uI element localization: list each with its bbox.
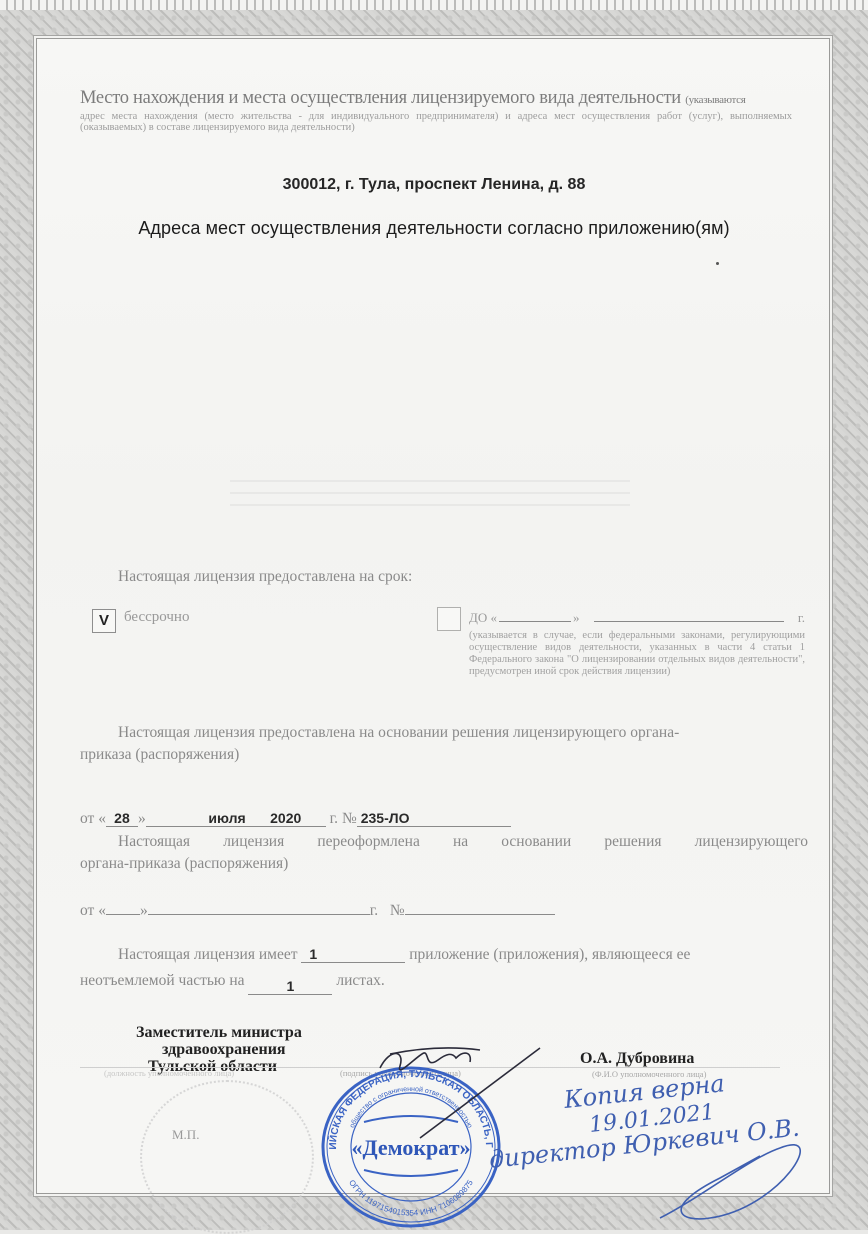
reissue-text-line2: органа-приказа (распоряжения) [80,855,288,873]
reissue-order-row: от «»г. № [80,902,555,920]
indefinite-checkbox[interactable]: V [92,609,116,633]
section-heading: Место нахождения и места осуществления л… [80,88,745,109]
certification-signature [660,1145,800,1219]
basis-from-label: от « [80,810,106,827]
certification-text: Копия верна 19.01.2021 директор Юркевич … [488,1069,801,1174]
reissue-year-suffix: г. [370,902,378,919]
basis-quote: » [138,810,146,827]
annex-line1: Настоящая лицензия имеет 1 приложение (п… [118,946,690,964]
basis-number: 235-ЛО [357,810,511,827]
until-date-checkbox[interactable] [437,607,461,631]
activity-places: Адреса мест осуществления деятельности с… [0,218,868,239]
position-line1: Заместитель министра [136,1024,336,1041]
until-note: (указывается в случае, если федеральными… [469,630,805,678]
caption-position: (должность уполномоченного лица) [104,1068,234,1078]
annex-sheets-suffix: листах. [336,972,384,989]
seal-place-label: М.П. [172,1127,199,1143]
basis-number-sign: № [342,810,357,827]
until-mid: » [573,610,580,625]
annex-line2: неотъемлемой частью на 1 листах. [80,972,385,990]
bleed-through-text [230,470,630,510]
heading-title: Место нахождения и места осуществления л… [80,88,681,108]
until-month-field[interactable] [594,621,784,622]
until-date-line: ДО «» г. [469,610,805,626]
reissue-date-field[interactable] [148,914,370,915]
indefinite-label: бессрочно [124,609,189,626]
reissue-number-field[interactable] [405,914,555,915]
until-prefix: ДО « [469,610,497,625]
document-page: Место нахождения и места осуществления л… [0,0,868,1230]
speck [716,262,719,265]
reissue-quote: » [140,902,148,919]
position-line2: здравоохранения [136,1041,336,1058]
until-suffix: г. [798,610,805,626]
handwritten-certification: Копия верна 19.01.2021 директор Юркевич … [360,1028,860,1228]
reissue-from-label: от « [80,902,106,919]
annex-count: 1 [301,946,405,963]
annex-text-after: приложение (приложения), являющееся ее [409,946,690,963]
basis-text-line2: приказа (распоряжения) [80,746,239,764]
annex-text-before: Настоящая лицензия имеет [118,946,297,963]
reissue-text-line1: Настоящая лицензия переоформлена на осно… [118,833,808,851]
annex-sheets: 1 [248,978,332,995]
until-day-field[interactable] [499,621,571,622]
ornamental-top-strip [0,0,868,10]
term-label: Настоящая лицензия предоставлена на срок… [118,568,412,586]
signature-scribble [380,1048,540,1138]
heading-note: (указываются [685,94,745,106]
basis-year-suffix: г. [330,810,338,827]
annex-text-line2: неотъемлемой частью на [80,972,245,989]
basis-text-line1: Настоящая лицензия предоставлена на осно… [118,724,679,742]
basis-month: июля [146,810,246,827]
basis-year: 2020 [246,810,326,827]
heading-subtitle: адрес места нахождения (место жительства… [80,111,792,133]
basis-day: 28 [106,810,138,827]
faint-official-seal [140,1080,314,1230]
basis-order-row: от «28»июля2020 г. №235-ЛО [80,810,620,828]
reissue-number-sign: № [390,902,405,919]
legal-address: 300012, г. Тула, проспект Ленина, д. 88 [0,176,868,194]
reissue-day-field[interactable] [106,914,140,915]
